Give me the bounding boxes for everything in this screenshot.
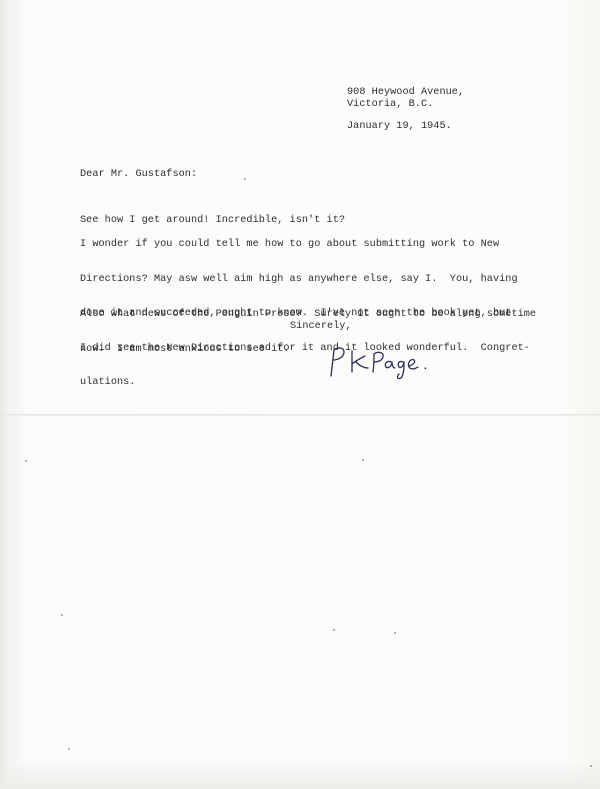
paper-speck [362,459,364,461]
paper-speck [333,629,335,631]
closing: Sincerely, [290,321,352,333]
address-line-2: Victoria, B.C. [347,99,464,111]
letter-date: January 19, 1945. [347,121,452,133]
salutation: Dear Mr. Gustafson: [80,169,197,181]
paper-speck [68,748,70,750]
sender-address: 908 Heywood Avenue,Victoria, B.C. [347,87,464,110]
paper-fold-line [0,414,600,416]
paper-speck [590,765,592,767]
paper-speck [394,632,396,634]
paper-speck [244,178,246,180]
paper-edge-shadow [0,760,600,789]
paragraph-line: I wonder if you could tell me how to go … [80,239,530,251]
paragraph-line: Also what news of the Penguin Prose? Sur… [80,309,536,321]
address-line-1: 908 Heywood Avenue, [347,87,464,99]
handwritten-signature [325,342,435,384]
paragraph-line: Directions? May asw well aim high as any… [80,274,530,286]
paragraph-line: now. I am most anxious to see it. [80,344,536,356]
paper-speck [25,460,27,462]
paper-speck [61,614,63,616]
letter-page: 908 Heywood Avenue,Victoria, B.C. Januar… [0,0,600,789]
paragraph-line: ulations. [80,377,530,389]
